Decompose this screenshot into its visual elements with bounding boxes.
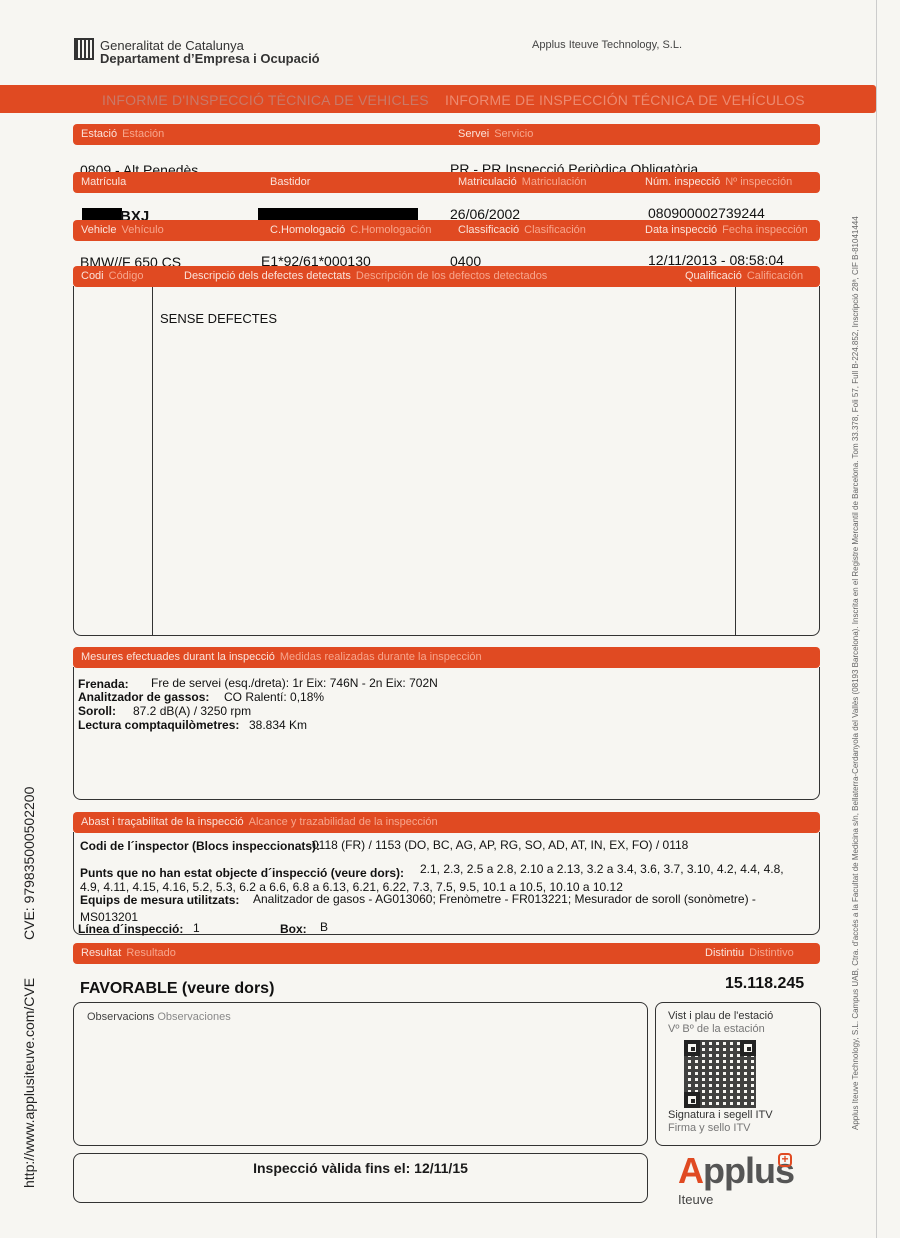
label-homologacio: C.Homologació <box>270 224 345 236</box>
label-matricula: Matrícula <box>81 176 126 188</box>
measures-header-bar: Mesures efectuades durant la inspeccióMe… <box>73 647 820 668</box>
label-qualificacio: Qualificació <box>685 270 742 282</box>
label-clasificacion: Clasificación <box>524 224 586 236</box>
label-estacio: Estació <box>81 128 117 140</box>
label-servicio: Servicio <box>494 128 533 140</box>
soroll-label: Soroll: <box>78 704 116 718</box>
label-num-inspeccio: Núm. inspecció <box>645 176 720 188</box>
label-medidas: Medidas realizadas durante la inspección <box>280 651 482 663</box>
cve-code: CVE: 979835000502200 <box>21 787 37 940</box>
defects-divider-code <box>152 287 153 635</box>
plus-icon: + <box>778 1153 792 1167</box>
label-num-inspeccion: Nº inspección <box>725 176 792 188</box>
label-vehiculo: Vehículo <box>121 224 163 236</box>
label-estacion: Estación <box>122 128 164 140</box>
gassos-value: CO Ralentí: 0,18% <box>224 690 324 704</box>
label-matriculacio: Matriculació <box>458 176 517 188</box>
label-vehicle: Vehicle <box>81 224 116 236</box>
punts-value-1: 2.1, 2.3, 2.5 a 2.8, 2.10 a 2.13, 3.2 a … <box>420 862 784 876</box>
gassos-label: Analitzador de gassos: <box>78 690 209 704</box>
station-service-bar: EstacióEstación ServeiServicio <box>73 124 820 145</box>
defects-divider-qual <box>735 287 736 635</box>
label-servei: Servei <box>458 128 489 140</box>
defects-header-bar: CodiCódigo Descripció dels defectes dete… <box>73 266 820 287</box>
qr-finder-icon <box>684 1092 700 1108</box>
equips-value: Analitzador de gasos - AG013060; Frenòme… <box>253 892 756 906</box>
vist-label: Vist i plau de l'estació <box>668 1010 773 1022</box>
label-mesures: Mesures efectuades durant la inspecció <box>81 651 275 663</box>
observations-box: Observacions Observaciones <box>73 1002 648 1146</box>
inspector-value: 0118 (FR) / 1153 (DO, BC, AG, AP, RG, SO… <box>312 838 688 852</box>
label-descripcio: Descripció dels defectes detectats <box>184 270 351 282</box>
registration-bar: Matrícula Bastidor MatriculacióMatricula… <box>73 172 820 193</box>
label-alcance: Alcance y trazabilidad de la inspección <box>249 816 438 828</box>
logo-a: A <box>678 1150 703 1191</box>
linia-label: Línea d´inspecció: <box>78 922 183 936</box>
equips-label: Equips de mesura utilitzats: <box>80 893 239 907</box>
title-spanish: INFORME DE INSPECCIÓN TÉCNICA DE VEHÍCUL… <box>445 92 805 108</box>
label-resultado: Resultado <box>126 947 176 959</box>
label-data-inspeccio: Data inspecció <box>645 224 717 236</box>
punts-label: Punts que no han estat objecte d´inspecc… <box>80 866 404 880</box>
km-value: 38.834 Km <box>249 718 307 732</box>
label-homologacion: C.Homologación <box>350 224 431 236</box>
label-fecha-inspeccion: Fecha inspección <box>722 224 808 236</box>
qr-finder-icon <box>684 1040 700 1056</box>
label-observaciones: Observaciones <box>157 1011 230 1023</box>
label-matriculacion: Matriculación <box>522 176 587 188</box>
cve-url-link[interactable]: http://www.applusiteuve.com/CVE <box>21 978 37 1188</box>
vehicle-bar: VehicleVehículo C.HomologacióC.Homologac… <box>73 220 820 241</box>
title-catalan: INFORME D'INSPECCIÓ TÈCNICA DE VEHICLES <box>102 92 429 108</box>
defects-box <box>73 286 820 636</box>
label-observacions: Observacions <box>87 1011 154 1023</box>
label-descripcion: Descripción de los defectos detectados <box>356 270 547 282</box>
iteuve-label: Iteuve <box>678 1192 713 1207</box>
result-header-bar: ResultatResultado DistintiuDistintivo <box>73 943 820 964</box>
applus-logo: Applus <box>678 1150 794 1192</box>
frenada-value: Fre de servei (esq./dreta): 1r Eix: 746N… <box>151 676 438 690</box>
box-value: B <box>320 920 328 934</box>
page-edge <box>876 0 877 1238</box>
firma-label: Firma y sello ITV <box>668 1122 751 1134</box>
label-codigo: Código <box>109 270 144 282</box>
label-codi: Codi <box>81 270 104 282</box>
report-title-bar: INFORME D'INSPECCIÓ TÈCNICA DE VEHICLES … <box>0 85 876 113</box>
label-abast: Abast i traçabilitat de la inspecció <box>81 816 244 828</box>
department-name: Departament d’Empresa i Ocupació <box>100 51 320 66</box>
soroll-value: 87.2 dB(A) / 3250 rpm <box>133 704 251 718</box>
scope-header-bar: Abast i traçabilitat de la inspeccióAlca… <box>73 812 820 833</box>
label-calificacion: Calificación <box>747 270 803 282</box>
company-name: Applus Iteuve Technology, S.L. <box>532 39 682 51</box>
frenada-label: Frenada: <box>78 677 129 691</box>
generalitat-logo-icon <box>74 38 94 60</box>
label-bastidor: Bastidor <box>270 176 310 188</box>
qr-finder-icon <box>740 1040 756 1056</box>
label-distintiu: Distintiu <box>705 947 744 959</box>
label-resultat: Resultat <box>81 947 121 959</box>
validity-text: Inspecció vàlida fins el: 12/11/15 <box>74 1160 647 1176</box>
label-distintivo: Distintivo <box>749 947 794 959</box>
linia-value: 1 <box>193 921 200 935</box>
result-value: FAVORABLE (veure dors) <box>80 980 274 998</box>
label-classificacio: Classificació <box>458 224 519 236</box>
inspector-label: Codi de l´inspector (Blocs inspeccionats… <box>80 839 320 853</box>
box-label: Box: <box>280 922 307 936</box>
defects-text: SENSE DEFECTES <box>160 311 277 326</box>
vb-label: Vº Bº de la estación <box>668 1023 765 1035</box>
inspection-number: 080900002739244 <box>648 205 765 221</box>
legal-text: Applus Iteuve Technology, S.L. Campus UA… <box>851 216 860 1130</box>
distintiu-value: 15.118.245 <box>725 975 804 993</box>
signatura-label: Signatura i segell ITV <box>668 1109 773 1121</box>
km-label: Lectura comptaquilòmetres: <box>78 718 239 732</box>
validity-box: Inspecció vàlida fins el: 12/11/15 <box>73 1153 648 1203</box>
